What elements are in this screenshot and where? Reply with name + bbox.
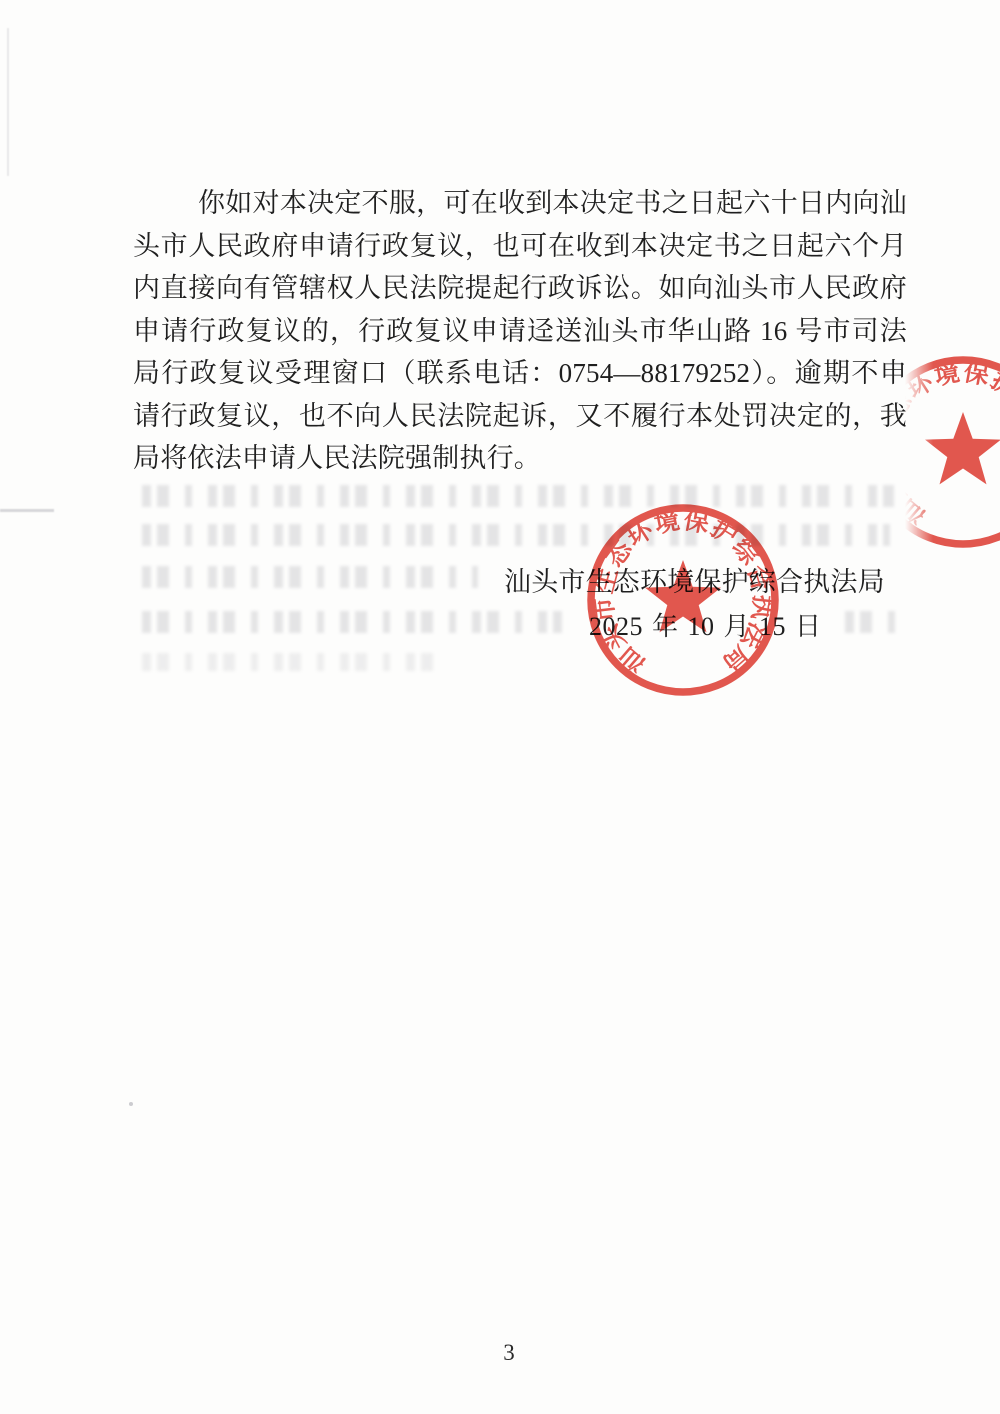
body-line: 请行政复议，也不向人民法院起诉，又不履行本处罚决定的，我 — [133, 395, 907, 438]
official-seal-stamp: 汕头市生态环境保护综合执法局 — [583, 500, 783, 700]
scan-artifact — [7, 28, 9, 176]
star-icon — [925, 412, 1000, 484]
page-number: 3 — [9, 1340, 1000, 1366]
body-line: 局将依法申请人民法院强制执行。 — [133, 437, 907, 480]
edge-seal-stamp-partial: 汕头市生态环境保护综合执法局 — [863, 352, 1000, 552]
bleedthrough-row — [142, 653, 442, 671]
bleedthrough-row — [142, 566, 478, 588]
star-icon — [645, 560, 721, 632]
bleedthrough-row — [845, 611, 903, 633]
body-paragraph: 你如对本决定不服，可在收到本决定书之日起六十日内向汕 头市人民政府申请行政复议，… — [133, 182, 907, 480]
body-line: 你如对本决定不服，可在收到本决定书之日起六十日内向汕 — [133, 182, 907, 225]
body-line: 局行政复议受理窗口（联系电话：0754—88179252）。逾期不申 — [133, 352, 907, 395]
body-line: 内直接向有管辖权人民法院提起行政诉讼。如向汕头市人民政府 — [133, 267, 907, 310]
scan-artifact — [129, 1102, 133, 1106]
body-line: 申请行政复议的，行政复议申请迳送汕头市华山路 16 号市司法 — [133, 310, 907, 353]
scan-artifact — [0, 509, 54, 512]
bleedthrough-row — [142, 611, 562, 633]
document-page: 你如对本决定不服，可在收到本决定书之日起六十日内向汕 头市人民政府申请行政复议，… — [0, 0, 1000, 1414]
body-line: 头市人民政府申请行政复议，也可在收到本决定书之日起六个月 — [133, 225, 907, 268]
